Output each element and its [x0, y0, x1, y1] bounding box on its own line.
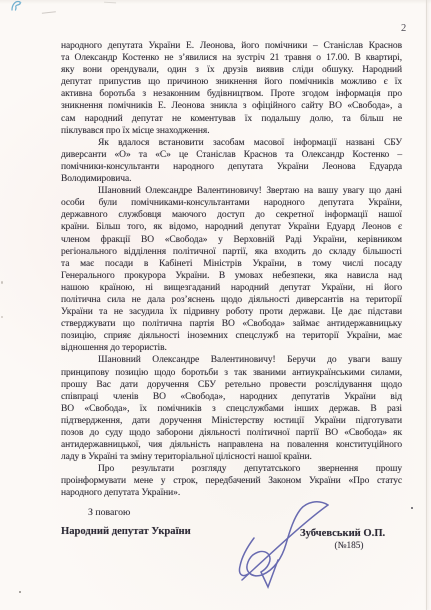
text-line: Про результати розгляду депутатського зв… — [61, 463, 402, 475]
scan-speck — [1, 316, 3, 318]
scan-edge-shadow — [426, 0, 427, 610]
text-line: відношення до терористів. — [61, 342, 402, 354]
paragraph: народного депутата України Е. Леонова, й… — [61, 40, 402, 137]
text-line: Володимировича. — [61, 173, 402, 185]
blue-pen-mark — [9, 0, 25, 12]
text-line: співпраці членів ВО «Свобода», народних … — [61, 391, 402, 403]
text-line: підтвердження, дати доручення Міністерст… — [61, 415, 402, 427]
text-line: Генерального прокурора України. В умовах… — [61, 270, 402, 282]
text-line: позицію, сприяє діяльності іноземних спе… — [61, 330, 402, 342]
closing-salutation: З повагою — [88, 507, 130, 518]
text-line: політична сила не дала роз’яснень щодо д… — [61, 294, 402, 306]
text-line: зникнення помічників Е. Леонова зникла з… — [61, 100, 402, 112]
text-line: проінформувати мене у строк, передбачени… — [61, 475, 402, 487]
text-line: антидержавницької, чия діяльність направ… — [61, 439, 402, 451]
page-number: 2 — [401, 23, 407, 34]
text-line: позов до суду щодо заборони діяльності п… — [61, 427, 402, 439]
paragraph: Шановний Олександре Валентиновичу! Беруч… — [61, 354, 402, 463]
text-line: депутат припустив що причиною зникнення … — [61, 76, 402, 88]
text-line: народного депутата України Е. Леонова, й… — [61, 40, 402, 52]
signatory-title: Народний депутат України — [61, 526, 191, 537]
text-line: помічники-консультанти народного депутат… — [61, 161, 402, 173]
scan-speck — [411, 507, 413, 509]
text-line: принципову позицію щодо боротьби з так з… — [61, 367, 402, 379]
text-line: та Олександр Костенко не з’явилися на зу… — [61, 52, 402, 64]
text-line: піклувався про їх місце знаходження. — [61, 125, 402, 137]
text-line: нашою країною, ні вищезгаданий народний … — [61, 282, 402, 294]
text-line: стверджувати що політична партія ВО «Сво… — [61, 318, 402, 330]
text-line: ладу в Україні та зміну територіальної ц… — [61, 451, 402, 463]
pencil-smudge — [104, 2, 116, 6]
paragraph: Як вдалося встановити засобам масової ін… — [61, 137, 402, 185]
text-line: України та не засудила їх підривну робот… — [61, 306, 402, 318]
text-line: Шановний Олександре Валентиновичу! Зверт… — [61, 185, 402, 197]
document-body: народного депутата України Е. Леонова, й… — [61, 40, 402, 500]
text-line: регіонального відділення політичної парт… — [61, 246, 402, 258]
text-line: сам народний депутат не коментував їх по… — [61, 113, 402, 125]
text-line: прошу Вас дати доручення СБУ ретельно пр… — [61, 379, 402, 391]
scan-speck — [19, 591, 21, 593]
scanned-document-page: { "page": { "number": "2" }, "document":… — [0, 0, 431, 610]
text-line: державного службовця маючого доступ до с… — [61, 209, 402, 221]
text-line: особи були помічниками-консультантами на… — [61, 197, 402, 209]
text-line: ВО «Свобода», їх помічників з спецслужба… — [61, 403, 402, 415]
text-line: активна боротьба з незаконним будівництв… — [61, 88, 402, 100]
text-line: диверсанти «О» та «С» це Станіслав Красн… — [61, 149, 402, 161]
text-line: яку вони орендували, один з їх друзів ви… — [61, 64, 402, 76]
text-line: та має посади в Кабінеті Міністрів Украї… — [61, 258, 402, 270]
pencil-smudge — [42, 11, 56, 16]
text-line: Шановний Олександре Валентиновичу! Беруч… — [61, 354, 402, 366]
text-line: членом фракції ВО «Свобода» у Верховній … — [61, 234, 402, 246]
paragraph: Шановний Олександре Валентиновичу! Зверт… — [61, 185, 402, 354]
signature-ink — [218, 490, 342, 590]
scan-speck — [1, 281, 3, 284]
text-line: країни. Більш того, як відомо, народний … — [61, 221, 402, 233]
text-line: Як вдалося встановити засобам масової ін… — [61, 137, 402, 149]
